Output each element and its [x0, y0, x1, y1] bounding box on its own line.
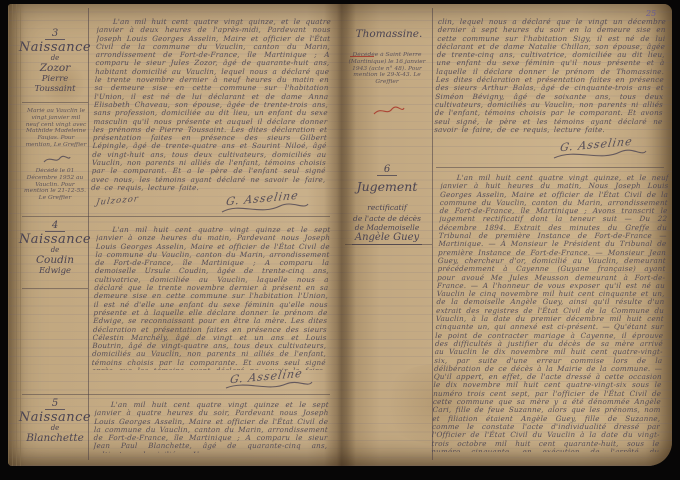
entry5-act-continuation-text: clin, lequel nous a déclaré que le vingt… — [434, 18, 666, 136]
entry5-surname: Blanchette — [26, 432, 84, 444]
entry4-number: 4 — [45, 220, 65, 232]
entry3-death-note: Décédé le 01 Décembre 1952 au Vauclin. P… — [23, 168, 87, 210]
entry6-title-main: Jugement — [357, 179, 418, 194]
greffier-flourish — [42, 154, 72, 166]
entry5-number: 5 — [45, 398, 65, 410]
margin-cell-rule — [22, 102, 88, 103]
continuation-child-name: Thomassine. — [348, 28, 430, 40]
entry3-title: Naissance — [19, 40, 91, 55]
photo-background: 3 Naissance de Zozor Pierre Toussaint Ma… — [0, 0, 680, 480]
entry5-margin-header: 5 Naissance de Blanchette — [22, 398, 88, 444]
entry4-firstname: Edwige — [39, 266, 71, 276]
entry3-number: 3 — [45, 28, 65, 40]
margin-cell-rule — [345, 244, 432, 245]
entry6-title-line2: de l'acte de décès — [353, 214, 421, 223]
entry6-number: 6 — [377, 164, 397, 176]
entry3-act-text: L'an mil huit cent quatre vingt quinze, … — [91, 18, 331, 192]
entry4-margin-header: 4 Naissance de Coudin Edwige — [22, 220, 88, 276]
signature-flourish — [224, 378, 314, 394]
entry3-marriage-note: Marié au Vauclin le vingt janvier mil ne… — [25, 108, 87, 160]
right-page: 25 Thomassine. Décédée à Saint Pierre (M… — [338, 4, 672, 466]
page-number: 25 — [646, 9, 656, 18]
register-book: 3 Naissance de Zozor Pierre Toussaint Ma… — [8, 4, 672, 466]
entry6-act-text: L'an mil huit cent quatre vingt quinze, … — [431, 174, 669, 452]
entry3-surname: Zozor — [40, 62, 71, 74]
entry6-title-qualifier: rectificatif — [367, 203, 407, 212]
entry4-surname: Coudin — [36, 254, 74, 266]
signature-flourish — [552, 146, 648, 164]
entry4-act-text: L'an mil huit cent quatre vingt quinze e… — [91, 226, 330, 370]
entry4-title: Naissance — [19, 232, 91, 247]
entry3-signature-declarant: Julzozor — [95, 194, 139, 208]
entry5-act-text: L'an mil huit cent quatre vingt quinze e… — [93, 401, 329, 453]
entry6-margin-header: 6 Jugement rectificatif de l'acte de déc… — [345, 164, 429, 245]
greffier-red-signature — [372, 104, 406, 118]
entry3-title-de: de — [51, 55, 60, 62]
left-page: 3 Naissance de Zozor Pierre Toussaint Ma… — [8, 4, 338, 466]
act-separator — [22, 216, 330, 217]
entry6-title-line3: de Mademoiselle — [355, 223, 420, 232]
act-separator — [436, 167, 664, 168]
entry5-title: Naissance — [19, 410, 91, 425]
thomassine-death-note: Décédée à Saint Pierre (Martinique) le 1… — [347, 52, 427, 104]
act-separator — [22, 394, 330, 395]
entry3-firstnames: Pierre Toussaint — [22, 74, 88, 94]
entry4-title-de: de — [51, 247, 60, 254]
margin-cell-rule — [22, 288, 88, 289]
entry5-title-de: de — [51, 425, 60, 432]
entry3-margin-header: 3 Naissance de Zozor Pierre Toussaint — [22, 28, 88, 94]
